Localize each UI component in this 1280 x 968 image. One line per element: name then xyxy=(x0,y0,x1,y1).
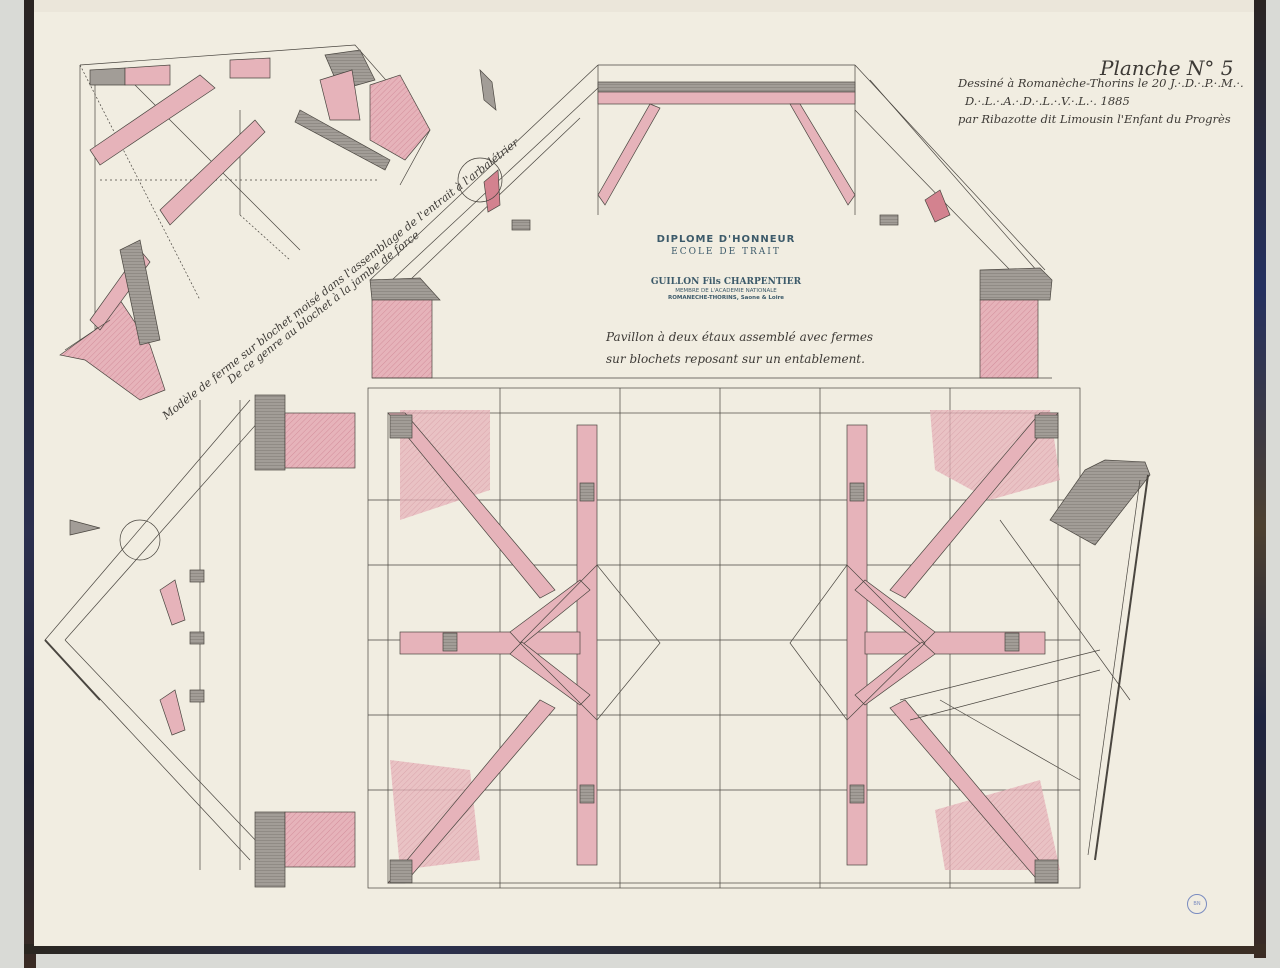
roof-plan xyxy=(368,388,1080,888)
header-caption-line-3: par Ribazotte dit Limousin l'Enfant du P… xyxy=(958,112,1231,126)
stamp-ribbon-text: DIPLOME D'HONNEUR xyxy=(636,234,816,245)
stamp-town-text: ROMANECHE-THORINS, Saone & Loire xyxy=(636,295,816,301)
technical-drawing xyxy=(0,0,1280,968)
stamp-school-text: ECOLE DE TRAIT xyxy=(636,247,816,257)
header-caption-line-2: D.·.L.·.A.·.D.·.L.·.V.·.L.·. 1885 xyxy=(965,94,1130,108)
library-stamp: BN xyxy=(1187,894,1207,914)
diploma-stamp: DIPLOME D'HONNEUR ECOLE DE TRAIT GUILLON… xyxy=(636,228,816,320)
side-section xyxy=(45,395,355,887)
stamp-maker-text: GUILLON Fils CHARPENTIER xyxy=(636,277,816,287)
center-caption-line-2: sur blochets reposant sur un entablement… xyxy=(606,352,865,366)
stamp-member-text: MEMBRE DE L'ACADEMIE NATIONALE xyxy=(636,288,816,294)
header-caption-line-1: Dessiné à Romanèche-Thorins le 20 J.·.D.… xyxy=(958,76,1244,90)
center-caption-line-1: Pavillon à deux étaux assemblé avec ferm… xyxy=(606,330,873,344)
